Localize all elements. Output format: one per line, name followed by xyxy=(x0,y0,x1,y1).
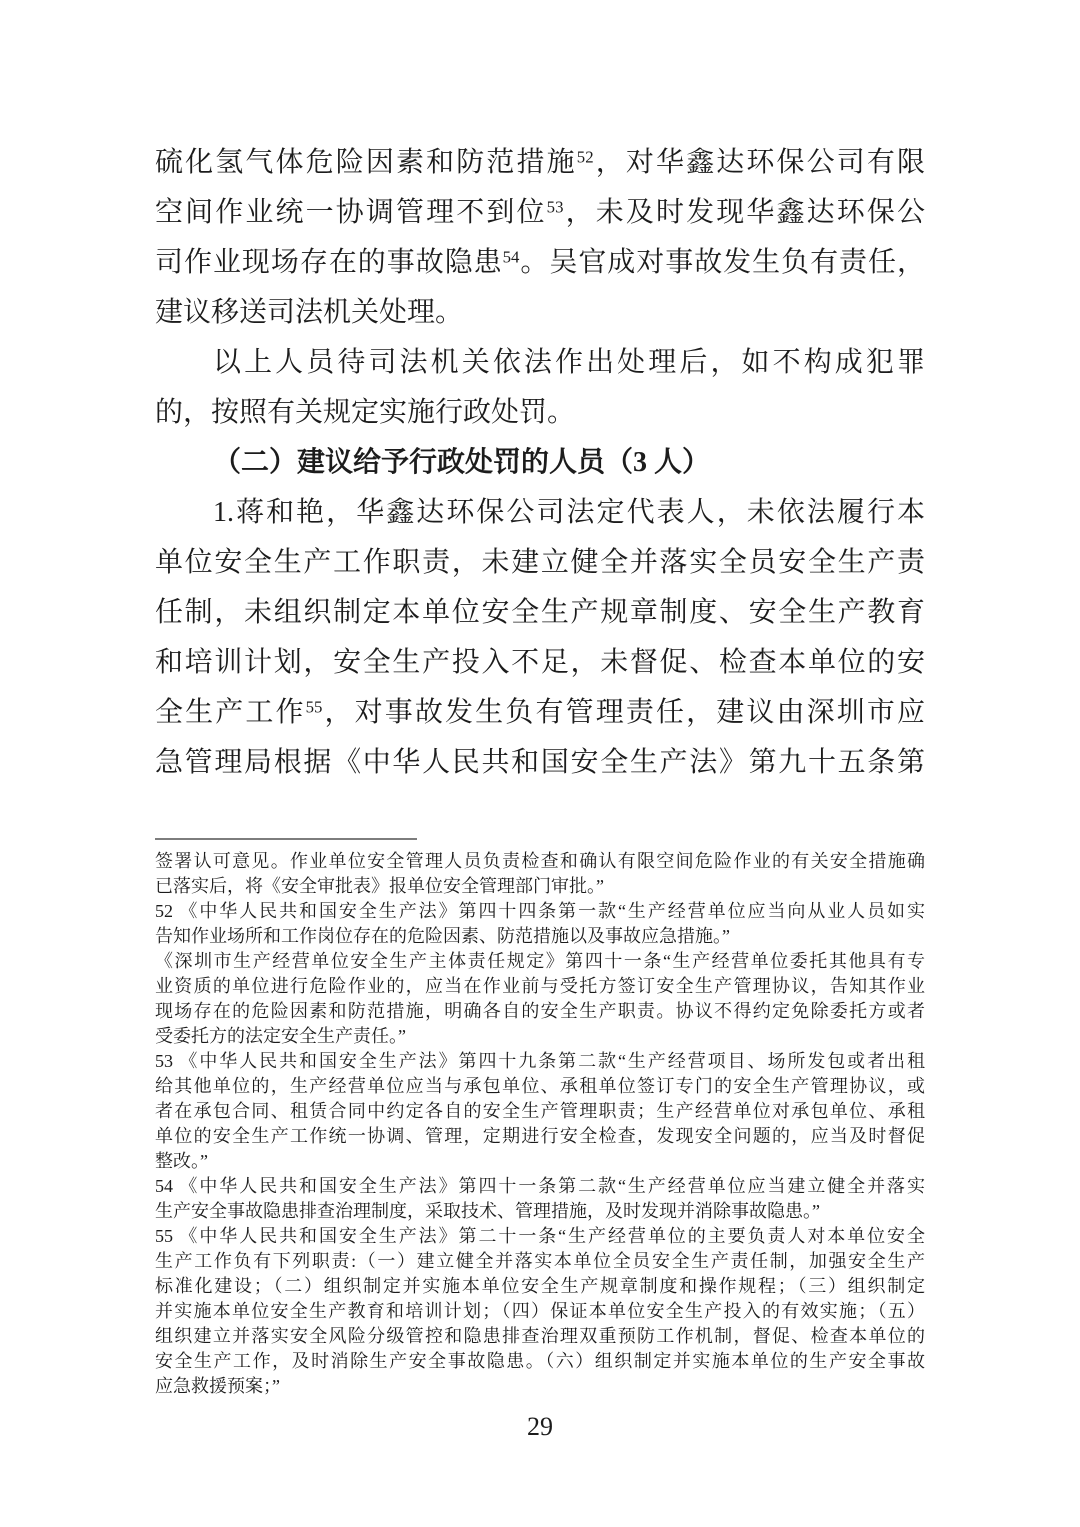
footnote-ref-superscript: 54 xyxy=(503,248,520,267)
footnote-line: 安全生产工作，及时消除生产安全事故隐患。（六）组织制定并实施本单位的生产安全事故 xyxy=(155,1349,925,1374)
body-line: 单位安全生产工作职责，未建立健全并落实全员安全生产责 xyxy=(155,538,925,588)
body-line: 和培训计划，安全生产投入不足，未督促、检查本单位的安 xyxy=(155,638,925,688)
footnote-line: 已落实后，将《安全审批表》报单位安全管理部门审批。” xyxy=(155,874,925,899)
body-line: 急管理局根据《中华人民共和国安全生产法》第九十五条第 xyxy=(155,738,925,788)
footnote-line: 组织建立并落实安全风险分级管控和隐患排查治理双重预防工作机制，督促、检查本单位的 xyxy=(155,1324,925,1349)
footnote-line: 《深圳市生产经营单位安全生产主体责任规定》第四十一条“生产经营单位委托其他具有专 xyxy=(155,949,925,974)
body-text: 硫化氢气体危险因素和防范措施52，对华鑫达环保公司有限空间作业统一协调管理不到位… xyxy=(155,138,925,788)
footnote-ref-superscript: 52 xyxy=(577,148,594,167)
footnote-line: 生产工作负有下列职责:（一）建立健全并落实本单位全员安全生产责任制，加强安全生产 xyxy=(155,1249,925,1274)
body-line: 司作业现场存在的事故隐患54。吴官成对事故发生负有责任， xyxy=(155,238,925,288)
footnotes-section: 签署认可意见。作业单位安全管理人员负责检查和确认有限空间危险作业的有关安全措施确… xyxy=(155,838,925,1399)
footnote-line: 生产安全事故隐患排查治理制度，采取技术、管理措施，及时发现并消除事故隐患。” xyxy=(155,1199,925,1224)
footnote-separator xyxy=(155,838,417,840)
footnote-line: 55 《中华人民共和国安全生产法》第二十一条“生产经营单位的主要负责人对本单位安… xyxy=(155,1224,925,1249)
footnote-line: 者在承包合同、租赁合同中约定各自的安全生产管理职责；生产经营单位对承包单位、承租 xyxy=(155,1099,925,1124)
footnote-line: 标准化建设；（二）组织制定并实施本单位安全生产规章制度和操作规程；（三）组织制定 xyxy=(155,1274,925,1299)
footnote-line: 单位的安全生产工作统一协调、管理，定期进行安全检查，发现安全问题的，应当及时督促 xyxy=(155,1124,925,1149)
body-line: 1.蒋和艳，华鑫达环保公司法定代表人，未依法履行本 xyxy=(155,488,925,538)
footnote-lines: 签署认可意见。作业单位安全管理人员负责检查和确认有限空间危险作业的有关安全措施确… xyxy=(155,849,925,1399)
body-line: 全生产工作55，对事故发生负有管理责任，建议由深圳市应 xyxy=(155,688,925,738)
footnote-line: 53 《中华人民共和国安全生产法》第四十九条第二款“生产经营项目、场所发包或者出… xyxy=(155,1049,925,1074)
footnote-line: 现场存在的危险因素和防范措施，明确各自的安全生产职责。协议不得约定免除委托方或者 xyxy=(155,999,925,1024)
body-line: 建议移送司法机关处理。 xyxy=(155,288,925,338)
footnote-line: 业资质的单位进行危险作业的，应当在作业前与受托方签订安全生产管理协议，告知其作业 xyxy=(155,974,925,999)
footnote-line: 给其他单位的，生产经营单位应当与承包单位、承租单位签订专门的安全生产管理协议，或 xyxy=(155,1074,925,1099)
footnote-line: 54 《中华人民共和国安全生产法》第四十一条第二款“生产经营单位应当建立健全并落… xyxy=(155,1174,925,1199)
body-line: 的，按照有关规定实施行政处罚。 xyxy=(155,388,925,438)
footnote-line: 整改。” xyxy=(155,1149,925,1174)
footnote-ref-superscript: 55 xyxy=(306,698,323,717)
footnote-line: 52 《中华人民共和国安全生产法》第四十四条第一款“生产经营单位应当向从业人员如… xyxy=(155,899,925,924)
body-line: 空间作业统一协调管理不到位53，未及时发现华鑫达环保公 xyxy=(155,188,925,238)
body-line: 以上人员待司法机关依法作出处理后，如不构成犯罪 xyxy=(155,338,925,388)
document-page: 硫化氢气体危险因素和防范措施52，对华鑫达环保公司有限空间作业统一协调管理不到位… xyxy=(0,0,1080,1527)
body-line: 任制，未组织制定本单位安全生产规章制度、安全生产教育 xyxy=(155,588,925,638)
page-number: 29 xyxy=(0,1412,1080,1442)
section-heading: （二）建议给予行政处罚的人员（3 人） xyxy=(155,438,925,488)
footnote-ref-superscript: 53 xyxy=(547,198,564,217)
footnote-line: 应急救援预案；” xyxy=(155,1374,925,1399)
body-line: 硫化氢气体危险因素和防范措施52，对华鑫达环保公司有限 xyxy=(155,138,925,188)
footnote-line: 并实施本单位安全生产教育和培训计划；（四）保证本单位安全生产投入的有效实施；（五… xyxy=(155,1299,925,1324)
footnote-line: 签署认可意见。作业单位安全管理人员负责检查和确认有限空间危险作业的有关安全措施确 xyxy=(155,849,925,874)
footnote-line: 受委托方的法定安全生产责任。” xyxy=(155,1024,925,1049)
footnote-line: 告知作业场所和工作岗位存在的危险因素、防范措施以及事故应急措施。” xyxy=(155,924,925,949)
